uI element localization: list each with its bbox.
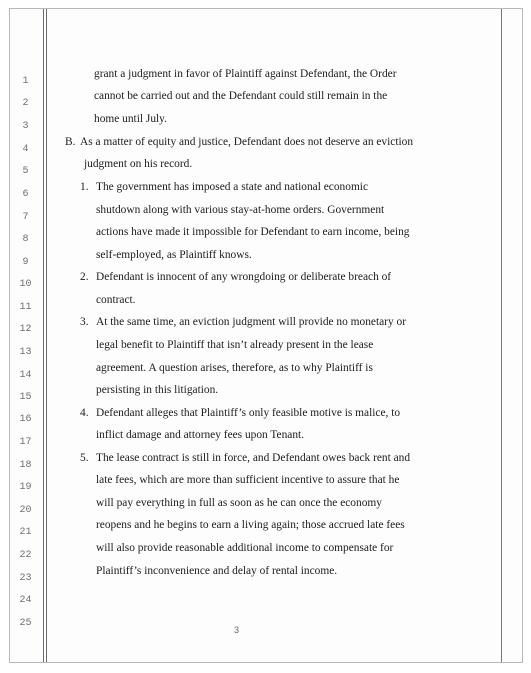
line-number: 7 (10, 212, 41, 223)
line-number: 8 (10, 234, 41, 245)
line-number: 3 (10, 121, 41, 132)
line-number: 17 (10, 437, 41, 448)
line-number: 5 (10, 166, 41, 177)
list-number: 3. (80, 316, 89, 328)
text-line: As a matter of equity and justice, Defen… (80, 136, 413, 148)
line-number: 20 (10, 505, 41, 516)
text-line: The government has imposed a state and n… (96, 181, 368, 193)
list-number: 1. (80, 181, 89, 193)
text-line: contract. (96, 294, 136, 306)
line-number: 25 (10, 618, 41, 629)
left-margin-rule (43, 9, 44, 662)
list-number: 5. (80, 452, 89, 464)
text-line: shutdown along with various stay-at-home… (96, 204, 384, 216)
line-number: 14 (10, 370, 41, 381)
list-number: 2. (80, 271, 89, 283)
line-number: 1 (10, 76, 41, 87)
text-line: home until July. (94, 113, 167, 125)
right-margin-rule (501, 9, 502, 662)
text-line: cannot be carried out and the Defendant … (94, 90, 387, 102)
line-number: 4 (10, 144, 41, 155)
text-line: agreement. A question arises, therefore,… (96, 362, 373, 374)
line-number: 23 (10, 573, 41, 584)
text-line: legal benefit to Plaintiff that isn’t al… (96, 339, 373, 351)
text-line: will pay everything in full as soon as h… (96, 497, 382, 509)
left-margin-rule-inner (46, 9, 47, 662)
line-number: 10 (10, 279, 41, 290)
line-number: 19 (10, 482, 41, 493)
line-number: 22 (10, 550, 41, 561)
text-line: grant a judgment in favor of Plaintiff a… (94, 68, 397, 80)
line-number: 16 (10, 414, 41, 425)
line-number: 12 (10, 324, 41, 335)
line-number: 15 (10, 392, 41, 403)
line-number: 18 (10, 460, 41, 471)
line-number: 9 (10, 257, 41, 268)
line-number: 13 (10, 347, 41, 358)
line-number: 2 (10, 98, 41, 109)
text-line: Defendant alleges that Plaintiff’s only … (96, 407, 400, 419)
line-number: 24 (10, 595, 41, 606)
text-line: Plaintiff’s inconvenience and delay of r… (96, 565, 337, 577)
text-line: actions have made it impossible for Defe… (96, 226, 409, 238)
line-number: 21 (10, 527, 41, 538)
section-marker: B. (65, 136, 75, 148)
line-number: 6 (10, 189, 41, 200)
text-line: persisting in this litigation. (96, 384, 218, 396)
text-line: reopens and he begins to earn a living a… (96, 519, 405, 531)
text-line: judgment on his record. (84, 158, 192, 170)
text-line: will also provide reasonable additional … (96, 542, 393, 554)
text-line: The lease contract is still in force, an… (96, 452, 410, 464)
list-number: 4. (80, 407, 89, 419)
text-line: late fees, which are more than sufficien… (96, 474, 399, 486)
document-page: 1 2 3 4 5 6 7 8 9 10 11 12 13 14 15 16 1… (9, 8, 523, 663)
page-number: 3 (234, 625, 239, 635)
text-line: self-employed, as Plaintiff knows. (96, 249, 252, 261)
text-line: At the same time, an eviction judgment w… (96, 316, 406, 328)
line-number: 11 (10, 302, 41, 313)
text-line: Defendant is innocent of any wrongdoing … (96, 271, 391, 283)
text-line: inflict damage and attorney fees upon Te… (96, 429, 304, 441)
